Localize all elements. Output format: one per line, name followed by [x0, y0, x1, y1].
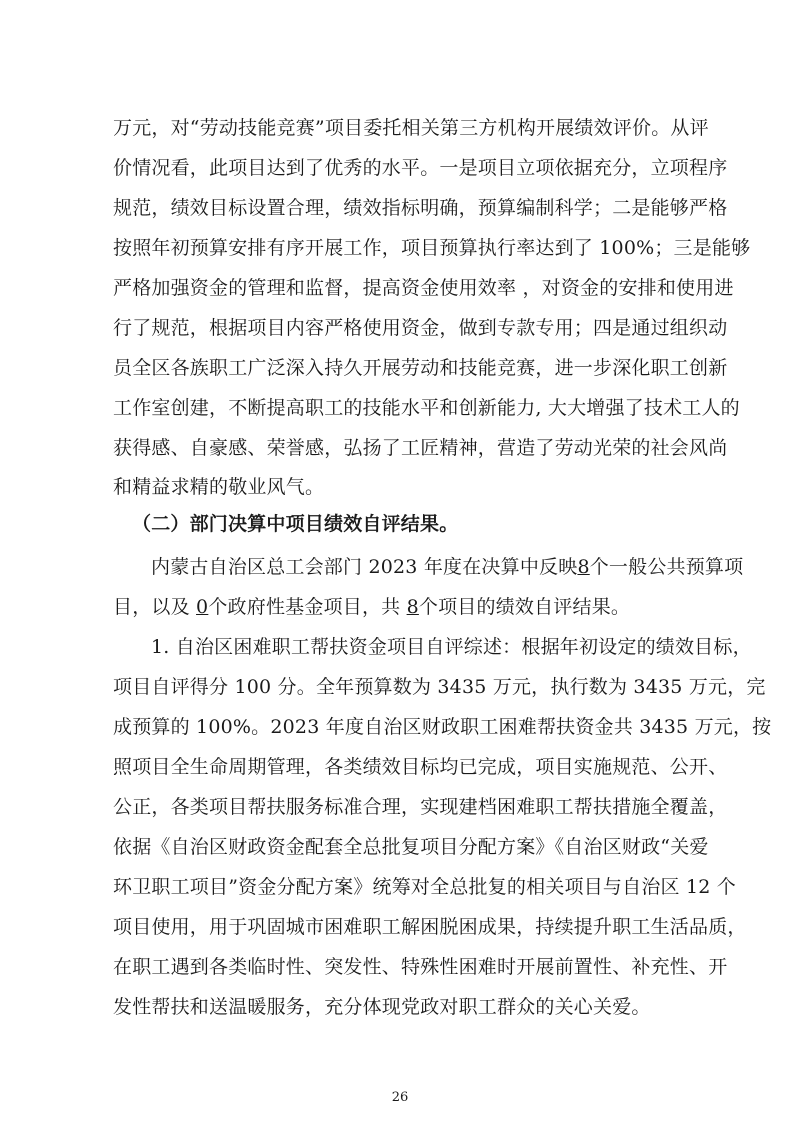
paragraph-line: 价情况看，此项目达到了优秀的水平。一是项目立项依据充分，立项程序: [113, 153, 703, 183]
paragraph-line: 工作室创建，不断提高职工的技能水平和创新能力, 大大增强了技术工人的: [113, 393, 703, 423]
paragraph-line: 目，以及 0个政府性基金项目，共 8个项目的绩效自评结果。: [113, 592, 703, 622]
text-span: 内蒙古自治区总工会部门 2023 年度在决算中反映: [151, 556, 577, 578]
text-span: 目，以及: [113, 596, 196, 618]
paragraph-line: 严格加强资金的管理和监督，提高资金使用效率 ，对资金的安排和使用进: [113, 273, 703, 303]
text-span: 个项目的绩效自评结果。: [419, 596, 630, 618]
paragraph-line: 公正，各类项目帮扶服务标准合理，实现建档困难职工帮扶措施全覆盖，: [113, 792, 703, 822]
paragraph-line: 照项目全生命周期管理，各类绩效目标均已完成，项目实施规范、公开、: [113, 752, 703, 782]
paragraph-line: 项目使用，用于巩固城市困难职工解困脱困成果，持续提升职工生活品质，: [113, 912, 703, 942]
text-span: 个政府性基金项目，共: [208, 596, 406, 618]
paragraph-line: 在职工遇到各类临时性、突发性、特殊性困难时开展前置性、补充性、开: [113, 952, 703, 982]
paragraph-line: 获得感、自豪感、荣誉感，弘扬了工匠精神，营造了劳动光荣的社会风尚: [113, 433, 703, 463]
paragraph-line: 员全区各族职工广泛深入持久开展劳动和技能竞赛，进一步深化职工创新: [113, 353, 703, 383]
paragraph-line: 项目自评得分 100 分。全年预算数为 3435 万元，执行数为 3435 万元…: [113, 672, 703, 702]
paragraph-line: 和精益求精的敬业风气。: [113, 472, 703, 502]
paragraph-line: 行了规范，根据项目内容严格使用资金，做到专款专用；四是通过组织动: [113, 313, 703, 343]
general-budget-count: 8: [577, 556, 589, 578]
paragraph-line: 万元，对“劳动技能竞赛”项目委托相关第三方机构开展绩效评价。从评: [113, 113, 703, 143]
paragraph-line: 依据《自治区财政资金配套全总批复项目分配方案》《自治区财政“关爱: [113, 832, 703, 862]
paragraph-line: 成预算的 100%。2023 年度自治区财政职工困难帮扶资金共 3435 万元，…: [113, 712, 703, 742]
text-span: 个一般公共预算项: [590, 556, 744, 578]
gov-fund-count: 0: [196, 596, 208, 618]
paragraph-line: 发性帮扶和送温暖服务，充分体现党政对职工群众的关心关爱。: [113, 992, 703, 1022]
paragraph-line: 环卫职工项目”资金分配方案》统筹对全总批复的相关项目与自治区 12 个: [113, 872, 703, 902]
paragraph-line: 规范，绩效目标设置合理，绩效指标明确，预算编制科学；二是能够严格: [113, 193, 703, 223]
paragraph-line: 按照年初预算安排有序开展工作，项目预算执行率达到了 100%；三是能够: [113, 233, 703, 263]
total-count: 8: [407, 596, 419, 618]
document-page: 万元，对“劳动技能竞赛”项目委托相关第三方机构开展绩效评价。从评 价情况看，此项…: [0, 0, 800, 1131]
paragraph-line: 1. 自治区困难职工帮扶资金项目自评综述：根据年初设定的绩效目标，: [151, 632, 703, 662]
section-heading: （二）部门决算中项目绩效自评结果。: [132, 509, 684, 539]
paragraph-line: 内蒙古自治区总工会部门 2023 年度在决算中反映8个一般公共预算项: [151, 552, 703, 582]
page-number: 26: [0, 1088, 800, 1108]
